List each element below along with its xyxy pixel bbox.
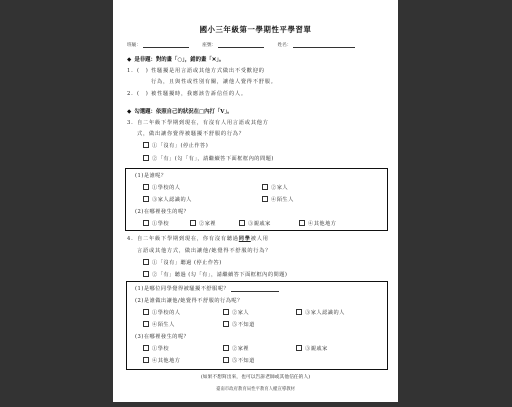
worksheet-page: 國小三年級第一學期性平學習單 班級： 座號： 姓名： ◆是非題：對的畫「○」，錯… <box>113 0 398 402</box>
q4-who-option-family-acquaintance[interactable]: ③家人認識的人 <box>296 309 345 316</box>
q4-who-option-unknown[interactable]: ⑤不知道 <box>223 321 255 328</box>
question-4-line-2: 言語或其他方式，做出讓他/她覺得不舒服的行為？ <box>137 247 271 254</box>
checkbox[interactable] <box>143 220 149 226</box>
page-title: 國小三年級第一學期性平學習單 <box>113 24 398 35</box>
question-1-line-2: 行為，且與性或性別有關，讓他人覺得不舒服。 <box>151 78 277 85</box>
q4-option-yes[interactable]: ②「有」聽過 (勾「有」，請繼續答下面框框內的問題) <box>143 271 287 278</box>
q4-sub-question-1: (1)是哪位同學覺得被騷擾不舒服呢？ <box>135 285 279 292</box>
checkbox-section-heading: ◆勾選題：依照自己的狀況在□內打「V」。 <box>127 107 233 115</box>
checkbox[interactable] <box>143 196 149 202</box>
q3-where-option-school[interactable]: ①學校 <box>143 220 169 227</box>
question-1: 1.( )性騷擾是用言語或其他方式做出不受歡迎的 <box>127 67 265 74</box>
checkbox[interactable] <box>223 357 229 363</box>
question-2: 2.( )被性騷擾時，我應該告訴信任的人。 <box>127 90 247 97</box>
q3-where-option-home[interactable]: ②家裡 <box>190 220 216 227</box>
student-info-row: 班級： 座號： 姓名： <box>127 42 367 48</box>
q3-who-option-stranger[interactable]: ④陌生人 <box>262 196 294 203</box>
diamond-bullet-icon: ◆ <box>127 57 131 63</box>
checkbox[interactable] <box>190 220 196 226</box>
q4-where-option-unknown[interactable]: ⑤不知道 <box>223 357 255 364</box>
diamond-bullet-icon: ◆ <box>127 109 131 115</box>
checkbox[interactable] <box>223 309 229 315</box>
question-3-line-2: 式，做出讓你覺得被騷擾不舒服的行為？ <box>137 130 245 137</box>
emphasized-classmate: 同學 <box>239 236 251 242</box>
q3-who-option-family-acquaintance[interactable]: ③家人認識的人 <box>143 196 192 203</box>
class-blank[interactable] <box>143 43 189 48</box>
checkbox[interactable] <box>262 196 268 202</box>
q4-who-option-family[interactable]: ②家人 <box>223 309 249 316</box>
checkbox[interactable] <box>296 309 302 315</box>
question-3: 3.自二年級下學期到現在，有沒有人用言語或其他方 <box>127 119 269 126</box>
q4-option-no[interactable]: ①「沒有」聽過 (停止作答) <box>143 259 222 266</box>
name-field[interactable]: 姓名： <box>278 42 356 48</box>
checkbox[interactable] <box>143 321 149 327</box>
checkbox[interactable] <box>143 309 149 315</box>
checkbox[interactable] <box>143 155 149 161</box>
class-field[interactable]: 班級： <box>127 42 189 48</box>
q4-where-option-home[interactable]: ②家裡 <box>223 345 249 352</box>
q3-option-yes[interactable]: ②「有」(勾「有」，請繼續答下面框框內的問題) <box>143 155 274 162</box>
q4-who-option-stranger[interactable]: ④陌生人 <box>143 321 175 328</box>
question-4: 4.自二年級下學期到現在，你有沒有聽過同學被人用 <box>127 235 269 242</box>
q3-where-option-relative-home[interactable]: ③親戚家 <box>239 220 271 227</box>
q4-sub-question-2: (2)是誰做出讓他/她覺得不舒服的行為呢？ <box>135 297 243 304</box>
checkbox[interactable] <box>143 345 149 351</box>
q3-sub-question-2: (2)在哪裡發生的呢？ <box>135 208 189 215</box>
q3-who-option-school-person[interactable]: ①學校的人 <box>143 184 180 191</box>
q3-option-no[interactable]: ①「沒有」(停止作答) <box>143 142 208 149</box>
confidential-note: (如果不想寫出來，也可以告訴老師或其他信任的人) <box>113 373 398 380</box>
q4-where-option-school[interactable]: ①學校 <box>143 345 169 352</box>
checkbox[interactable] <box>239 220 245 226</box>
publisher-footer: 臺南市政府教育局性平教育人權宣導教材 <box>113 386 398 392</box>
q3-where-option-other[interactable]: ④其他地方 <box>299 220 336 227</box>
checkbox[interactable] <box>223 345 229 351</box>
name-blank[interactable] <box>293 43 355 48</box>
checkbox[interactable] <box>299 220 305 226</box>
checkbox[interactable] <box>143 142 149 148</box>
checkbox[interactable] <box>296 345 302 351</box>
q4-sub-question-3: (3)在哪裡發生的呢？ <box>135 333 189 340</box>
checkbox[interactable] <box>143 259 149 265</box>
answer-slot-2[interactable]: ( ) <box>137 90 151 97</box>
q3-who-option-family[interactable]: ②家人 <box>262 184 288 191</box>
q3-sub-question-1: (1)是誰呢？ <box>135 172 167 179</box>
true-false-heading: ◆是非題：對的畫「○」，錯的畫「✕」。 <box>127 55 224 63</box>
seat-number-blank[interactable] <box>218 43 264 48</box>
classmate-name-blank[interactable] <box>231 287 279 292</box>
checkbox[interactable] <box>223 321 229 327</box>
checkbox[interactable] <box>143 184 149 190</box>
q4-who-option-school-person[interactable]: ①學校的人 <box>143 309 180 316</box>
checkbox[interactable] <box>262 184 268 190</box>
q4-where-option-relative-home[interactable]: ③親戚家 <box>296 345 328 352</box>
seat-number-field[interactable]: 座號： <box>202 42 264 48</box>
answer-slot-1[interactable]: ( ) <box>137 67 151 74</box>
checkbox[interactable] <box>143 271 149 277</box>
checkbox[interactable] <box>143 357 149 363</box>
q4-where-option-other[interactable]: ④其他地方 <box>143 357 180 364</box>
